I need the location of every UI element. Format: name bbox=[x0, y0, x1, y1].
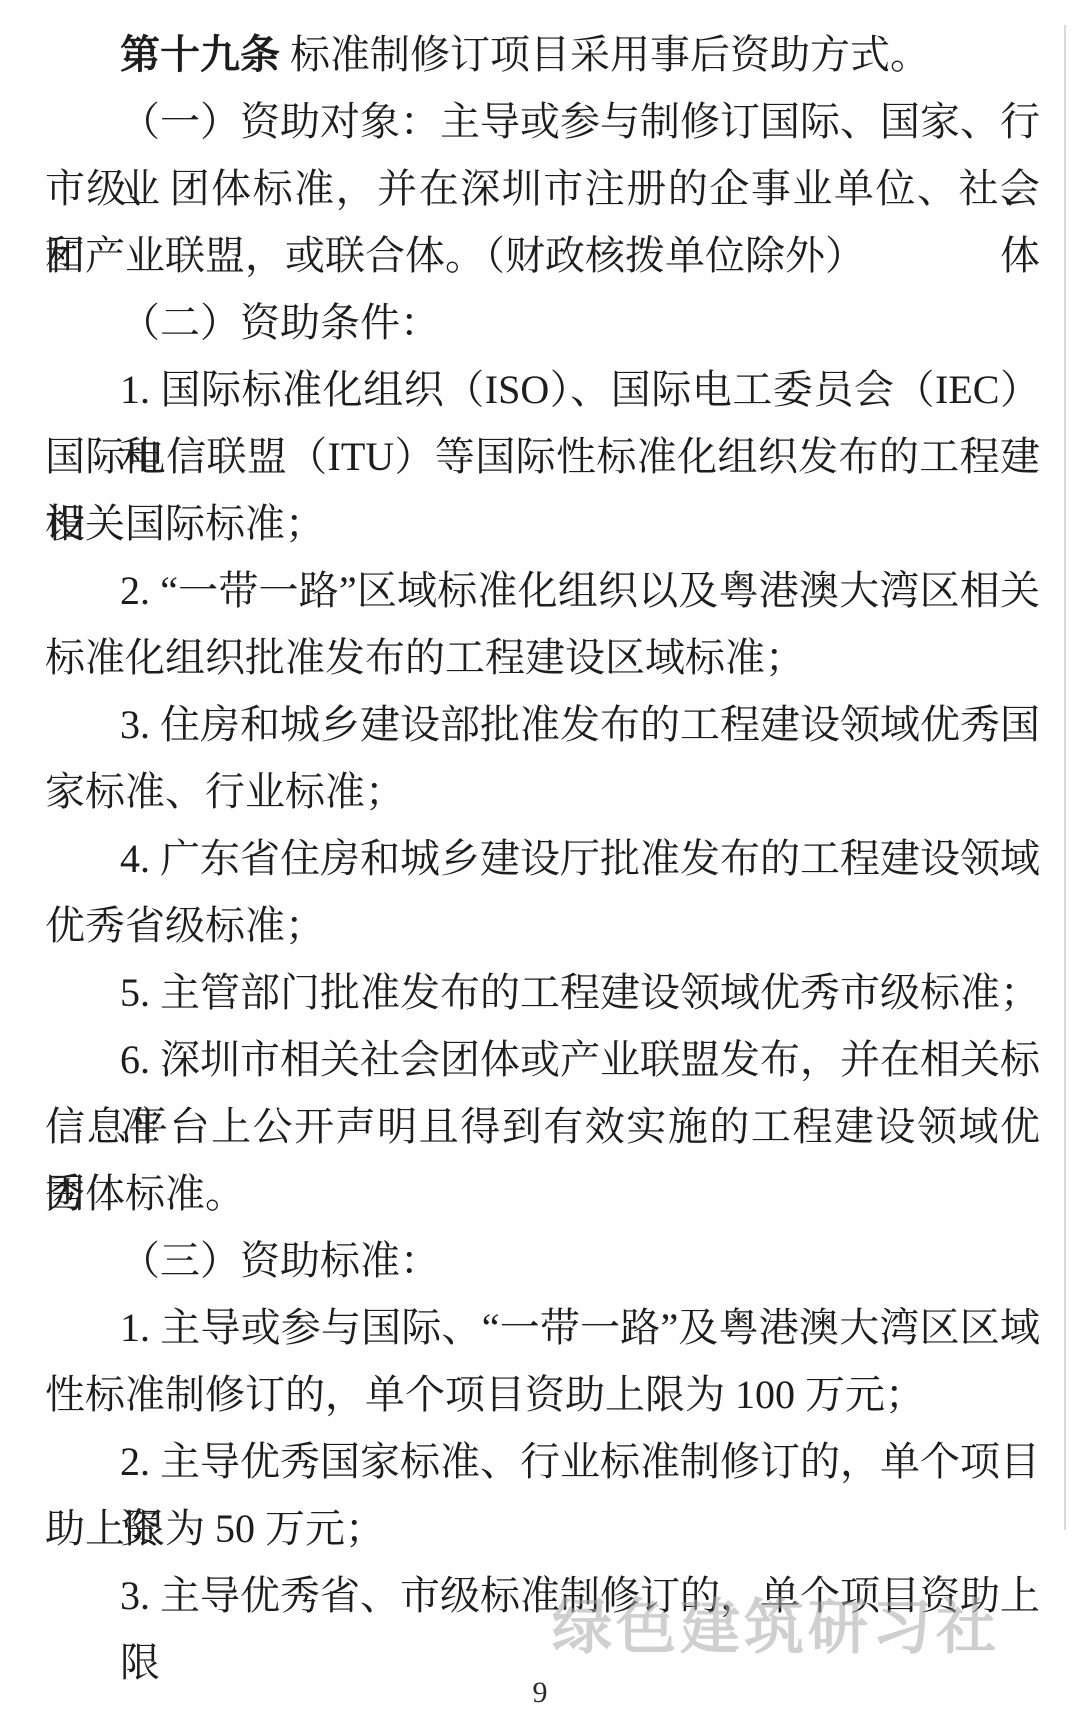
text-segment: 1. 主导或参与国际、“一带一路”及粤港澳大湾区区域 bbox=[120, 1305, 1040, 1350]
text-line: 信息平台上公开声明且得到有效实施的工程建设领域优秀 bbox=[45, 1093, 1040, 1160]
text-segment: 助上限为 50 万元； bbox=[45, 1506, 385, 1551]
text-line: 2. 主导优秀国家标准、行业标准制修订的，单个项目资 bbox=[45, 1428, 1040, 1495]
document-page: 第十九条 标准制修订项目采用事后资助方式。（一）资助对象：主导或参与制修订国际、… bbox=[0, 0, 1080, 1732]
text-line: 相关国际标准； bbox=[45, 490, 1040, 557]
text-segment: 5. 主管部门批准发布的工程建设领域优秀市级标准； bbox=[120, 970, 1040, 1015]
text-line: 1. 主导或参与国际、“一带一路”及粤港澳大湾区区域 bbox=[45, 1294, 1040, 1361]
text-segment: 4. 广东省住房和城乡建设厅批准发布的工程建设领域 bbox=[120, 836, 1040, 881]
text-line: 3. 住房和城乡建设部批准发布的工程建设领域优秀国 bbox=[45, 691, 1040, 758]
text-segment: 性标准制修订的，单个项目资助上限为 100 万元； bbox=[45, 1372, 925, 1417]
text-line: 助上限为 50 万元； bbox=[45, 1495, 1040, 1562]
text-segment: 标准化组织批准发布的工程建设区域标准； bbox=[45, 635, 805, 680]
text-segment: 3. 住房和城乡建设部批准发布的工程建设领域优秀国 bbox=[120, 702, 1040, 747]
text-line: 性标准制修订的，单个项目资助上限为 100 万元； bbox=[45, 1361, 1040, 1428]
text-line: 6. 深圳市相关社会团体或产业联盟发布，并在相关标准 bbox=[45, 1026, 1040, 1093]
text-segment: 和产业联盟，或联合体。（财政核拨单位除外） bbox=[45, 233, 865, 278]
text-segment: 优秀省级标准； bbox=[45, 903, 325, 948]
text-line: 国际电信联盟（ITU）等国际性标准化组织发布的工程建设 bbox=[45, 423, 1040, 490]
text-segment: 相关国际标准； bbox=[45, 501, 325, 546]
text-line: 5. 主管部门批准发布的工程建设领域优秀市级标准； bbox=[45, 959, 1040, 1026]
text-line: 1. 国际标准化组织（ISO）、国际电工委员会（IEC）和 bbox=[45, 356, 1040, 423]
text-segment: 3. 主导优秀省、市级标准制修订的，单个项目资助上限 bbox=[120, 1573, 1040, 1685]
text-line: （二）资助条件： bbox=[45, 289, 1040, 356]
text-segment: 团体标准。 bbox=[45, 1171, 245, 1216]
text-line: 团体标准。 bbox=[45, 1160, 1040, 1227]
text-line: 3. 主导优秀省、市级标准制修订的，单个项目资助上限 bbox=[45, 1562, 1040, 1629]
text-segment: 2. “一带一路”区域标准化组织以及粤港澳大湾区相关 bbox=[120, 568, 1040, 613]
text-line: （一）资助对象：主导或参与制修订国际、国家、行业、 bbox=[45, 88, 1040, 155]
text-line: 家标准、行业标准； bbox=[45, 758, 1040, 825]
text-line: 第十九条 标准制修订项目采用事后资助方式。 bbox=[45, 21, 1040, 88]
article-number-bold: 第十九条 bbox=[120, 32, 280, 77]
text-segment: 标准制修订项目采用事后资助方式。 bbox=[280, 32, 930, 77]
text-line: 2. “一带一路”区域标准化组织以及粤港澳大湾区相关 bbox=[45, 557, 1040, 624]
text-line: 市级、团体标准，并在深圳市注册的企事业单位、社会团体 bbox=[45, 155, 1040, 222]
text-segment: 家标准、行业标准； bbox=[45, 769, 405, 814]
text-line: 标准化组织批准发布的工程建设区域标准； bbox=[45, 624, 1040, 691]
text-segment: （三）资助标准： bbox=[120, 1238, 440, 1283]
text-line: 优秀省级标准； bbox=[45, 892, 1040, 959]
text-line: 4. 广东省住房和城乡建设厅批准发布的工程建设领域 bbox=[45, 825, 1040, 892]
scan-artifact-line bbox=[1064, 25, 1066, 1530]
page-number: 9 bbox=[0, 1676, 1080, 1710]
text-segment: （二）资助条件： bbox=[120, 300, 440, 345]
text-line: （三）资助标准： bbox=[45, 1227, 1040, 1294]
document-body: 第十九条 标准制修订项目采用事后资助方式。（一）资助对象：主导或参与制修订国际、… bbox=[45, 21, 1040, 1629]
